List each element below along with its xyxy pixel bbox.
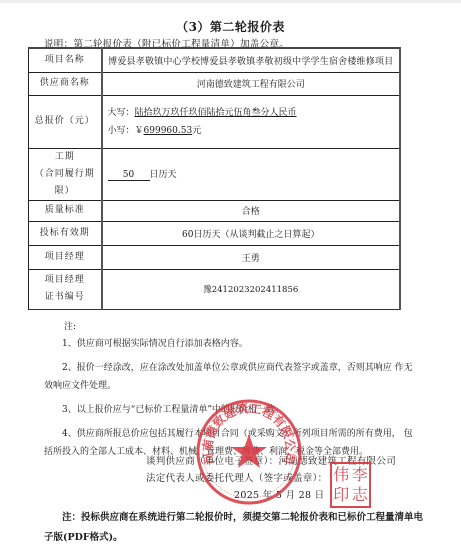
row-manager: 项目经理 王勇 xyxy=(29,245,401,269)
value-manager: 王勇 xyxy=(102,245,401,269)
notes-heading: 注: xyxy=(64,318,76,336)
quote-table: 项目名称 博爱县孝敬镇中心学校博爱县孝敬镇孝敬初级中学学生宿舍楼维修项目 供应商… xyxy=(28,47,401,310)
label-certificate: 项目经理 证书编号 xyxy=(29,269,102,309)
seal-char-1: 伟 xyxy=(332,466,351,486)
personal-seal-icon: 伟 李 印 志 xyxy=(330,462,371,508)
row-quality: 质量标准 合格 xyxy=(29,200,401,221)
value-quality: 合格 xyxy=(102,200,401,221)
duration-unit: 日历天 xyxy=(150,170,177,180)
label-manager: 项目经理 xyxy=(29,245,102,269)
uppercase-amount: 陆拾玖万玖仟玖佰陆拾元伍角叁分人民币 xyxy=(135,108,297,118)
value-certificate: 豫241202320241185​6 xyxy=(102,269,401,309)
company-seal-icon: 河南德致建筑工程有限公司 xyxy=(195,398,303,506)
uppercase-prefix: 大写： xyxy=(108,108,135,118)
label-quality: 质量标准 xyxy=(29,200,102,221)
footer-note-line2: 子版(PDF格式)。 xyxy=(44,528,424,548)
label-duration-line2: （合同履行期 xyxy=(33,166,97,183)
label-project-name: 项目名称 xyxy=(29,48,102,72)
row-supplier-name: 供应商名称 河南德致建筑工程有限公司 xyxy=(29,72,401,95)
row-project-name: 项目名称 博爱县孝敬镇中心学校博爱县孝敬镇孝敬初级中学学生宿舍楼维修项目 xyxy=(29,48,401,72)
seal-char-2: 李 xyxy=(351,466,370,486)
value-total-price: 大写：陆拾玖万玖仟玖佰陆拾元伍角叁分人民币 小写：￥699960.53元 xyxy=(102,95,401,148)
page-top-edge xyxy=(0,0,461,3)
document-page: （3）第二轮报价表 说明：第二轮报价表（附已标价工程量清单）加盖公章。 项目名称… xyxy=(0,0,461,549)
lowercase-suffix: 元 xyxy=(192,126,201,136)
total-price-uppercase: 大写：陆拾玖万玖仟玖佰陆拾元伍角叁分人民币 xyxy=(108,104,396,122)
total-price-lowercase: 小写：￥699960.53元 xyxy=(108,122,396,140)
label-validity: 投标有效期 xyxy=(29,221,102,245)
row-total-price: 总报价（元） 大写：陆拾玖万玖仟玖佰陆拾元伍角叁分人民币 小写：￥699960.… xyxy=(29,95,401,148)
row-validity: 投标有效期 60日历天（从谈判截止之日算起） xyxy=(29,221,401,245)
lowercase-amount: 699960.53 xyxy=(144,126,193,136)
footer-note-line1: 注：投标供应商在系统进行第二轮报价时，须提交第二轮报价表和已标价工程量清单电 xyxy=(44,508,424,528)
duration-days: 50 xyxy=(108,170,150,181)
label-duration-line3: 限） xyxy=(33,183,97,200)
row-certificate: 项目经理 证书编号 豫241202320241185​6 xyxy=(29,269,401,309)
value-project-name: 博爱县孝敬镇中心学校博爱县孝敬镇孝敬初级中学学生宿舍楼维修项目 xyxy=(102,48,401,72)
seal-char-3: 印 xyxy=(332,486,351,506)
document-title: （3）第二轮报价表 xyxy=(0,18,461,35)
note-item-2: 2、报价一经涂改，应在涂改处加盖单位公章或供应商代表签字或盖章，否则其响应 作无… xyxy=(44,359,414,395)
row-duration: 工期 （合同履行期 限） 50日历天 xyxy=(29,148,401,200)
value-supplier-name: 河南德致建筑工程有限公司 xyxy=(102,72,401,95)
seal-char-4: 志 xyxy=(351,486,370,506)
value-duration: 50日历天 xyxy=(102,148,401,200)
footer-note: 注：投标供应商在系统进行第二轮报价时，须提交第二轮报价表和已标价工程量清单电 子… xyxy=(44,508,424,548)
note-item-1: 1、供应商可根据实际情况自行添加表格内容。 xyxy=(44,335,414,353)
value-validity: 60日历天（从谈判截止之日算起） xyxy=(102,221,401,245)
label-certificate-line1: 项目经理 xyxy=(33,272,97,289)
label-supplier-name: 供应商名称 xyxy=(29,72,102,95)
label-certificate-line2: 证书编号 xyxy=(33,289,97,306)
label-duration: 工期 （合同履行期 限） xyxy=(29,148,102,200)
label-duration-line1: 工期 xyxy=(33,149,97,166)
label-total-price: 总报价（元） xyxy=(29,95,102,148)
lowercase-prefix: 小写：￥ xyxy=(108,126,144,136)
